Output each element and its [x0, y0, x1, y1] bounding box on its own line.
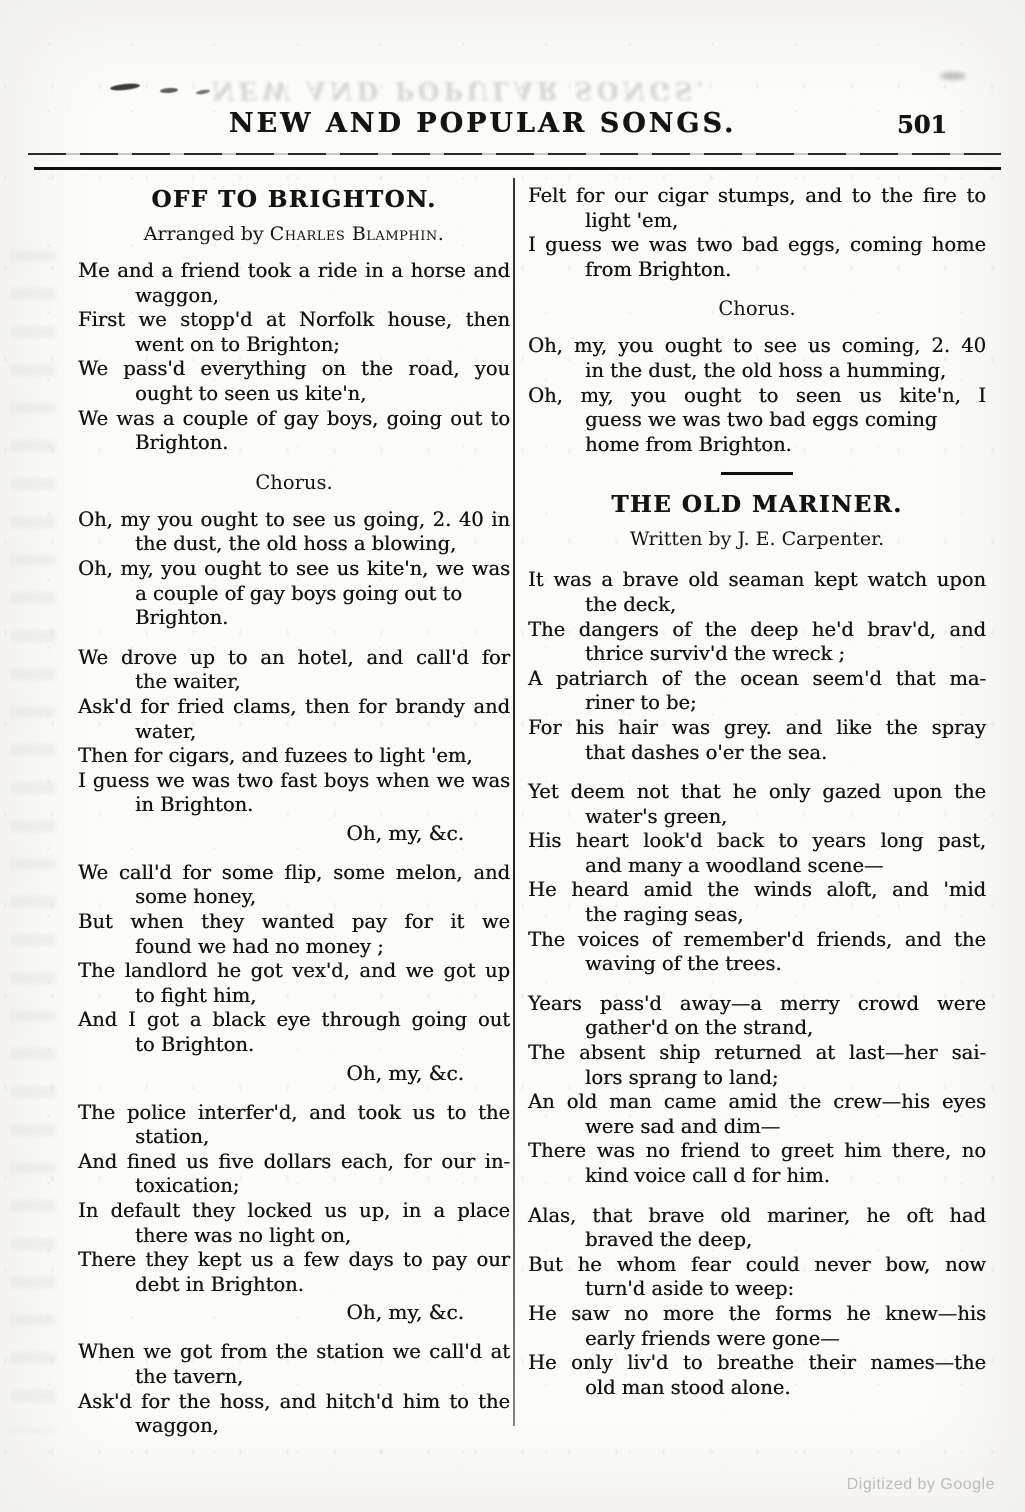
- verse-line: toxication;: [78, 1174, 510, 1199]
- verse-line: Oh, my, you ought to see us kite'n, we w…: [78, 557, 510, 582]
- header-rule-thin: [28, 153, 1001, 155]
- refrain-line: Oh, my, &c.: [78, 1300, 510, 1325]
- verse-line: In default they locked us up, in a place: [78, 1199, 510, 1224]
- verse-line: waving of the trees.: [528, 952, 986, 977]
- bleedthrough-header-ghost: NEW AND POPULAR SONGS.: [149, 76, 771, 105]
- page-number: 501: [897, 110, 947, 139]
- verse-line: For his hair was grey. and like the spra…: [528, 716, 986, 741]
- verse-line: He only liv'd to breathe their names—the: [528, 1351, 986, 1376]
- verse-line: in the dust, the old hoss a humming,: [528, 359, 986, 384]
- verse: Alas, that brave old mariner, he oft had…: [528, 1204, 986, 1401]
- verse-line: there was no light on,: [78, 1224, 510, 1249]
- verse-line: Brighton.: [78, 431, 510, 456]
- verse-line: There was no friend to greet him there, …: [528, 1139, 986, 1164]
- verse: Years pass'd away—a merry crowd weregath…: [528, 992, 986, 1189]
- verse-line: Then for cigars, and fuzees to light 'em…: [78, 744, 510, 769]
- verse-line: And I got a black eye through going out: [78, 1008, 510, 1033]
- page-header: NEW AND POPULAR SONGS. 501: [0, 108, 1025, 148]
- verse-line: to Brighton.: [78, 1033, 510, 1058]
- verse-line: ought to seen us kite'n,: [78, 382, 510, 407]
- verse-line: water,: [78, 720, 510, 745]
- verse-line: gather'd on the strand,: [528, 1016, 986, 1041]
- song-title: OFF TO BRIGHTON.: [78, 186, 510, 213]
- verse-line: that dashes o'er the sea.: [528, 741, 986, 766]
- verse-line: When we got from the station we call'd a…: [78, 1340, 510, 1365]
- verse-line: Oh, my you ought to see us going, 2. 40 …: [78, 508, 510, 533]
- column-divider-rule: [513, 178, 515, 1426]
- refrain-line: Oh, my, &c.: [78, 821, 510, 846]
- verse-line: braved the deep,: [528, 1228, 986, 1253]
- verse: When we got from the station we call'd a…: [78, 1340, 510, 1438]
- verse-line: light 'em,: [528, 209, 986, 234]
- verse-line: We call'd for some flip, some melon, and: [78, 861, 510, 886]
- verse-line: He heard amid the winds aloft, and 'mid: [528, 878, 986, 903]
- verse-line: The voices of remember'd friends, and th…: [528, 928, 986, 953]
- verse-line: The dangers of the deep he'd brav'd, and: [528, 618, 986, 643]
- verse-line: Felt for our cigar stumps, and to the fi…: [528, 184, 986, 209]
- scan-smudge: [940, 72, 966, 80]
- verse-line: There they kept us a few days to pay our: [78, 1248, 510, 1273]
- verse-line: found we had no money ;: [78, 935, 510, 960]
- verse-line: Me and a friend took a ride in a horse a…: [78, 259, 510, 284]
- verse-line: Oh, my, you ought to seen us kite'n, I: [528, 384, 986, 409]
- song-separator-rule: [721, 472, 793, 475]
- verse-line: He saw no more the forms he knew—his: [528, 1302, 986, 1327]
- verse-line: in Brighton.: [78, 793, 510, 818]
- verse-line: early friends were gone—: [528, 1327, 986, 1352]
- verse-line: the dust, the old hoss a blowing,: [78, 532, 510, 557]
- verse-line: I guess we was two bad eggs, coming home: [528, 233, 986, 258]
- verse: We call'd for some flip, some melon, and…: [78, 861, 510, 1086]
- verse-line: Ask'd for fried clams, then for brandy a…: [78, 695, 510, 720]
- verse-line: His heart look'd back to years long past…: [528, 829, 986, 854]
- verse-line: the tavern,: [78, 1365, 510, 1390]
- credit-prefix: Written by: [630, 528, 738, 550]
- verse-line: some honey,: [78, 885, 510, 910]
- verse-line: Yet deem not that he only gazed upon the: [528, 780, 986, 805]
- verse-line: It was a brave old seaman kept watch upo…: [528, 568, 986, 593]
- verse-line: I guess we was two fast boys when we was: [78, 769, 510, 794]
- verse: Felt for our cigar stumps, and to the fi…: [528, 184, 986, 282]
- verse: The police interfer'd, and took us to th…: [78, 1101, 510, 1326]
- left-column: OFF TO BRIGHTON.Arranged by Charles Blam…: [78, 184, 510, 1454]
- verse-line: riner to be;: [528, 691, 986, 716]
- verse-line: But he whom fear could never bow, now: [528, 1253, 986, 1278]
- verse: Oh, my, you ought to see us coming, 2. 4…: [528, 334, 986, 457]
- verse-line: Years pass'd away—a merry crowd were: [528, 992, 986, 1017]
- verse-line: A patriarch of the ocean seem'd that ma-: [528, 667, 986, 692]
- verse-line: The absent ship returned at last—her sai…: [528, 1041, 986, 1066]
- verse-line: thrice surviv'd the wreck ;: [528, 642, 986, 667]
- chorus-heading: Chorus.: [78, 471, 510, 494]
- song-credit: Arranged by Charles Blamphin.: [78, 223, 510, 245]
- verse-line: old man stood alone.: [528, 1376, 986, 1401]
- verse-line: a couple of gay boys going out to: [78, 582, 510, 607]
- verse-line: the deck,: [528, 593, 986, 618]
- left-margin-bleedthrough: [10, 250, 56, 1432]
- scan-smudge: [110, 82, 140, 91]
- verse: We drove up to an hotel, and call'd fort…: [78, 646, 510, 846]
- verse-line: But when they wanted pay for it we: [78, 910, 510, 935]
- verse-line: The landlord he got vex'd, and we got up: [78, 959, 510, 984]
- header-rule-thick: [34, 167, 1001, 170]
- song-credit: Written by J. E. Carpenter.: [528, 528, 986, 550]
- credit-name: J. E. Carpenter.: [737, 528, 884, 550]
- verse-line: station,: [78, 1125, 510, 1150]
- digitized-by-google-watermark: Digitized by Google: [847, 1476, 995, 1494]
- verse-line: guess we was two bad eggs coming: [528, 408, 986, 433]
- scanned-songbook-page: NEW AND POPULAR SONGS. NEW AND POPULAR S…: [0, 0, 1025, 1512]
- verse-line: were sad and dim—: [528, 1115, 986, 1140]
- verse-line: Alas, that brave old mariner, he oft had: [528, 1204, 986, 1229]
- credit-name: Charles Blamphin.: [270, 223, 445, 245]
- verse-line: turn'd aside to weep:: [528, 1277, 986, 1302]
- verse-line: home from Brighton.: [528, 433, 986, 458]
- refrain-line: Oh, my, &c.: [78, 1061, 510, 1086]
- verse-line: We drove up to an hotel, and call'd for: [78, 646, 510, 671]
- right-column: Felt for our cigar stumps, and to the fi…: [528, 184, 986, 1415]
- song-title: THE OLD MARINER.: [528, 491, 986, 518]
- verse-line: lors sprang to land;: [528, 1066, 986, 1091]
- verse-line: from Brighton.: [528, 258, 986, 283]
- verse-line: We pass'd everything on the road, you: [78, 357, 510, 382]
- verse: Me and a friend took a ride in a horse a…: [78, 259, 510, 456]
- verse-line: debt in Brighton.: [78, 1273, 510, 1298]
- verse-line: Ask'd for the hoss, and hitch'd him to t…: [78, 1390, 510, 1415]
- verse-line: waggon,: [78, 1414, 510, 1439]
- verse-line: An old man came amid the crew—his eyes: [528, 1090, 986, 1115]
- verse-line: the waiter,: [78, 670, 510, 695]
- verse-line: and many a woodland scene—: [528, 854, 986, 879]
- verse-line: Brighton.: [78, 606, 510, 631]
- running-title: NEW AND POPULAR SONGS.: [0, 108, 965, 139]
- verse: Yet deem not that he only gazed upon the…: [528, 780, 986, 977]
- chorus-heading: Chorus.: [528, 297, 986, 320]
- verse-line: went on to Brighton;: [78, 333, 510, 358]
- verse: Oh, my you ought to see us going, 2. 40 …: [78, 508, 510, 631]
- verse-line: to fight him,: [78, 984, 510, 1009]
- credit-prefix: Arranged by: [144, 223, 270, 245]
- verse-line: Oh, my, you ought to see us coming, 2. 4…: [528, 334, 986, 359]
- verse-line: The police interfer'd, and took us to th…: [78, 1101, 510, 1126]
- verse: It was a brave old seaman kept watch upo…: [528, 568, 986, 765]
- verse-line: We was a couple of gay boys, going out t…: [78, 407, 510, 432]
- verse-line: water's green,: [528, 805, 986, 830]
- verse-line: kind voice call d for him.: [528, 1164, 986, 1189]
- verse-line: First we stopp'd at Norfolk house, then: [78, 308, 510, 333]
- verse-line: the raging seas,: [528, 903, 986, 928]
- verse-line: And fined us five dollars each, for our …: [78, 1150, 510, 1175]
- verse-line: waggon,: [78, 284, 510, 309]
